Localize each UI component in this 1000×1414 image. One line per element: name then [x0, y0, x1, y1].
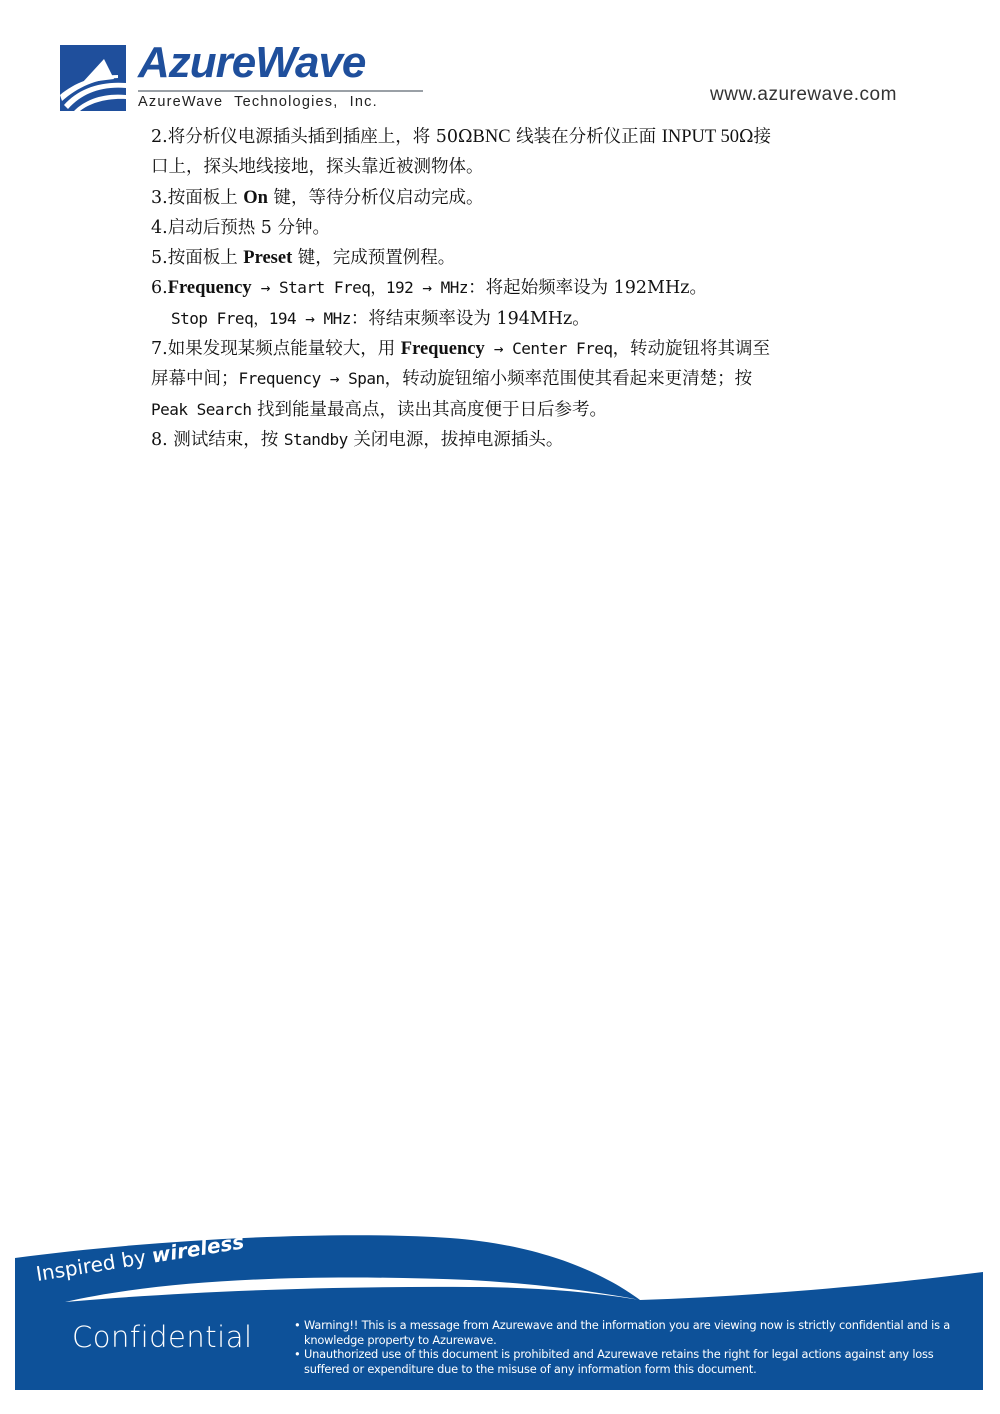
notice-item: •Warning!! This is a message from Azurew… [294, 1318, 974, 1347]
step-text: BNC [473, 127, 511, 147]
menu-path-text: Stop Freq，194 → MHz [171, 309, 351, 328]
key-label: Preset [243, 248, 292, 268]
confidential-label: Confidential [72, 1320, 253, 1354]
step-line: Stop Freq，194 → MHz：将结束频率设为 194MHz。 [151, 304, 861, 334]
step-text: 3.按面板上 [151, 188, 243, 208]
instruction-step: 7.如果发现某频点能量较大，用 Frequency → Center Freq，… [151, 334, 861, 425]
step-line: 8. 测试结束，按 Standby 关闭电源，拔掉电源插头。 [151, 425, 861, 455]
document-body: 2.将分析仪电源插头插到插座上，将 50ΩBNC 线装在分析仪正面 INPUT … [151, 122, 861, 455]
key-label: On [243, 188, 268, 208]
bullet-icon: • [294, 1347, 301, 1362]
step-text: ，转动旋钮将其调至 [613, 339, 771, 359]
step-text: 关闭电源，拔掉电源插头。 [348, 430, 564, 450]
instruction-step: 8. 测试结束，按 Standby 关闭电源，拔掉电源插头。 [151, 425, 861, 455]
key-label: Frequency [168, 278, 252, 298]
step-line: 屏幕中间；Frequency → Span，转动旋钮缩小频率范围使其看起来更清楚… [151, 364, 861, 394]
step-line: 7.如果发现某频点能量较大，用 Frequency → Center Freq，… [151, 334, 861, 364]
step-text: 找到能量最高点，读出其高度便于日后参考。 [251, 400, 607, 420]
step-line: 口上，探头地线接地，探头靠近被测物体。 [151, 152, 861, 182]
step-line: 3.按面板上 On 键，等待分析仪启动完成。 [151, 183, 861, 213]
step-text: Ω接 [739, 127, 771, 147]
instruction-step: 6.Frequency → Start Freq，192 → MHz：将起始频率… [151, 273, 861, 334]
azurewave-logo-mark-icon [60, 45, 126, 111]
step-text: INPUT 50 [662, 127, 739, 147]
confidential-notice: •Warning!! This is a message from Azurew… [294, 1318, 974, 1376]
step-text: ：将起始频率设为 192MHz。 [468, 278, 707, 298]
step-text: 5.按面板上 [151, 248, 243, 268]
step-line: 4.启动后预热 5 分钟。 [151, 213, 861, 243]
instruction-step: 4.启动后预热 5 分钟。 [151, 213, 861, 243]
step-line: 5.按面板上 Preset 键，完成预置例程。 [151, 243, 861, 273]
menu-path-text: Frequency → Span [239, 369, 385, 388]
step-text: 线装在分析仪正面 [511, 127, 662, 147]
step-text: ：将结束频率设为 194MHz。 [351, 309, 590, 329]
step-text: 7.如果发现某频点能量较大，用 [151, 339, 401, 359]
logo-subtitle: AzureWave Technologies, Inc. [138, 94, 378, 110]
step-line: 6.Frequency → Start Freq，192 → MHz：将起始频率… [151, 273, 861, 303]
step-text: 键，完成预置例程。 [292, 248, 455, 268]
instruction-step: 3.按面板上 On 键，等待分析仪启动完成。 [151, 183, 861, 213]
step-text: 4.启动后预热 5 分钟。 [151, 218, 330, 238]
menu-path-text: Peak Search [151, 400, 251, 419]
menu-path-text: → Start Freq，192 → MHz [252, 278, 468, 297]
page-header: AzureWave AzureWave Technologies, Inc. w… [0, 0, 1000, 120]
step-text: 屏幕中间； [151, 369, 239, 389]
step-text: 键，等待分析仪启动完成。 [268, 188, 484, 208]
instruction-step: 5.按面板上 Preset 键，完成预置例程。 [151, 243, 861, 273]
step-text: 8. 测试结束，按 [151, 430, 284, 450]
step-text: 2.将分析仪电源插头插到插座上，将 50Ω [151, 127, 473, 147]
menu-path-text: → Center Freq [485, 339, 613, 358]
step-line: Peak Search 找到能量最高点，读出其高度便于日后参考。 [151, 395, 861, 425]
menu-path-text: Standby [284, 430, 348, 449]
key-label: Frequency [401, 339, 485, 359]
notice-warning-text: Warning!! This is a message from Azurewa… [304, 1318, 950, 1347]
notice-item: •Unauthorized use of this document is pr… [294, 1347, 974, 1376]
instruction-step: 2.将分析仪电源插头插到插座上，将 50ΩBNC 线装在分析仪正面 INPUT … [151, 122, 861, 183]
logo-wordmark: AzureWave [138, 41, 365, 85]
website-url: www.azurewave.com [710, 84, 897, 106]
logo-divider [138, 90, 423, 92]
notice-unauthorized-text: Unauthorized use of this document is pro… [304, 1347, 934, 1376]
step-text: ，转动旋钮缩小频率范围使其看起来更清楚；按 [385, 369, 753, 389]
step-text: 6. [151, 278, 168, 298]
step-line: 2.将分析仪电源插头插到插座上，将 50ΩBNC 线装在分析仪正面 INPUT … [151, 122, 861, 152]
bullet-icon: • [294, 1318, 301, 1333]
step-text: 口上，探头地线接地，探头靠近被测物体。 [151, 157, 484, 177]
